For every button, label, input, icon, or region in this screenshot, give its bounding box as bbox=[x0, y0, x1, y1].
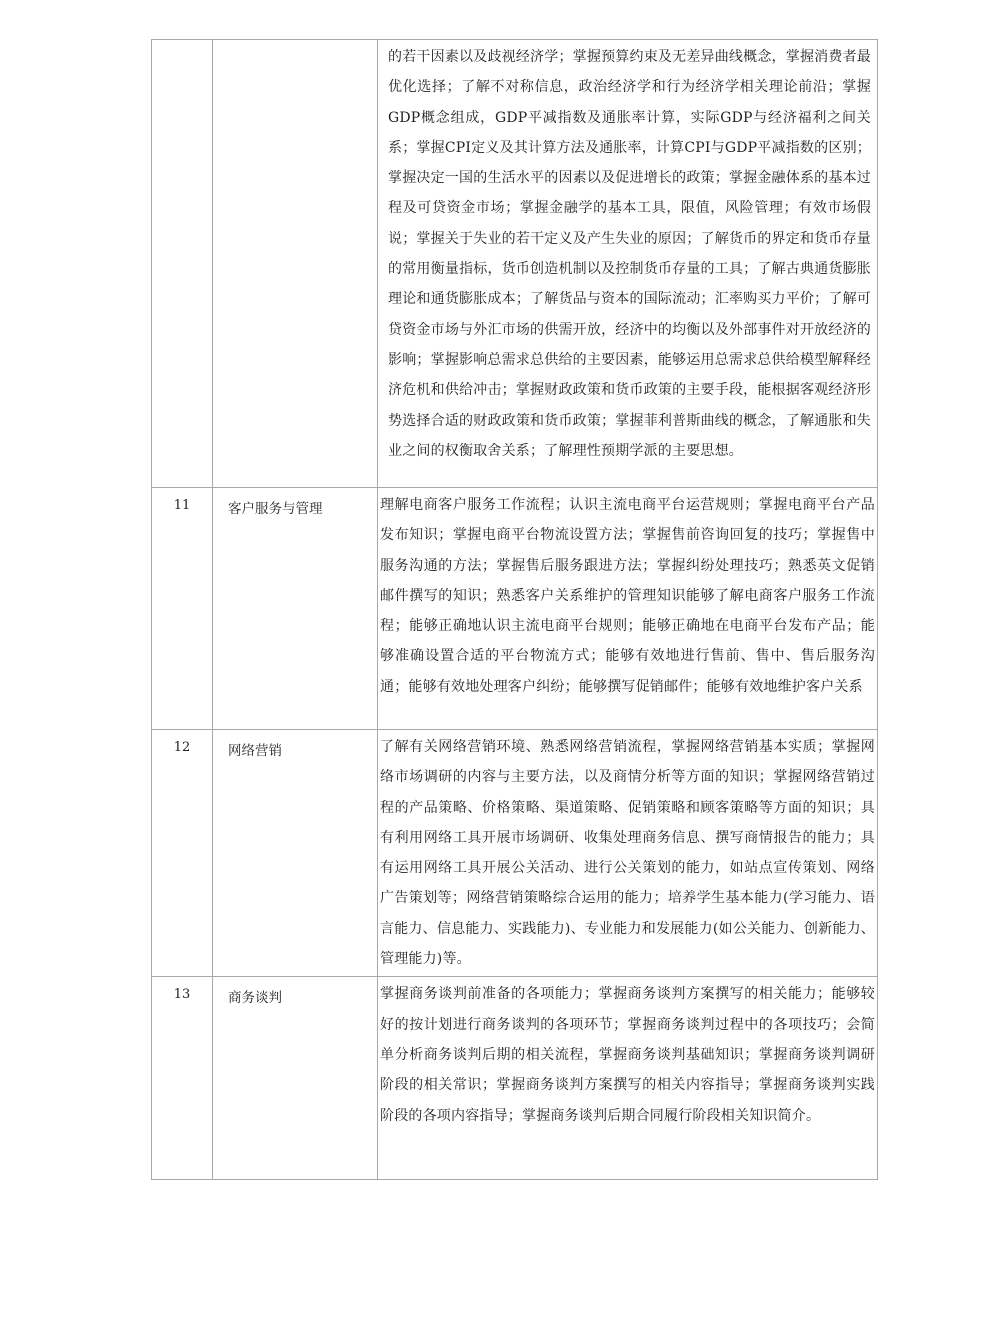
course-number: 11 bbox=[152, 488, 213, 730]
course-description: 的若干因素以及歧视经济学；掌握预算约束及无差异曲线概念，掌握消费者最优化选择；了… bbox=[378, 40, 878, 488]
course-number: 13 bbox=[152, 977, 213, 1180]
course-number bbox=[152, 40, 213, 488]
course-name bbox=[213, 40, 378, 488]
table-row: 13 商务谈判 掌握商务谈判前准备的各项能力；掌握商务谈判方案撰写的相关能力；能… bbox=[152, 977, 878, 1180]
course-description: 理解电商客户服务工作流程；认识主流电商平台运营规则；掌握电商平台产品发布知识；掌… bbox=[378, 488, 878, 730]
course-description: 了解有关网络营销环境、熟悉网络营销流程，掌握网络营销基本实质；掌握网络市场调研的… bbox=[378, 730, 878, 977]
table-row: 12 网络营销 了解有关网络营销环境、熟悉网络营销流程，掌握网络营销基本实质；掌… bbox=[152, 730, 878, 977]
course-name: 商务谈判 bbox=[213, 977, 378, 1180]
document-page: 的若干因素以及歧视经济学；掌握预算约束及无差异曲线概念，掌握消费者最优化选择；了… bbox=[0, 0, 1000, 1333]
course-description: 掌握商务谈判前准备的各项能力；掌握商务谈判方案撰写的相关能力；能够较好的按计划进… bbox=[378, 977, 878, 1180]
course-table: 的若干因素以及歧视经济学；掌握预算约束及无差异曲线概念，掌握消费者最优化选择；了… bbox=[151, 39, 878, 1180]
course-name: 客户服务与管理 bbox=[213, 488, 378, 730]
course-number: 12 bbox=[152, 730, 213, 977]
table-row: 11 客户服务与管理 理解电商客户服务工作流程；认识主流电商平台运营规则；掌握电… bbox=[152, 488, 878, 730]
table-row: 的若干因素以及歧视经济学；掌握预算约束及无差异曲线概念，掌握消费者最优化选择；了… bbox=[152, 40, 878, 488]
course-name: 网络营销 bbox=[213, 730, 378, 977]
